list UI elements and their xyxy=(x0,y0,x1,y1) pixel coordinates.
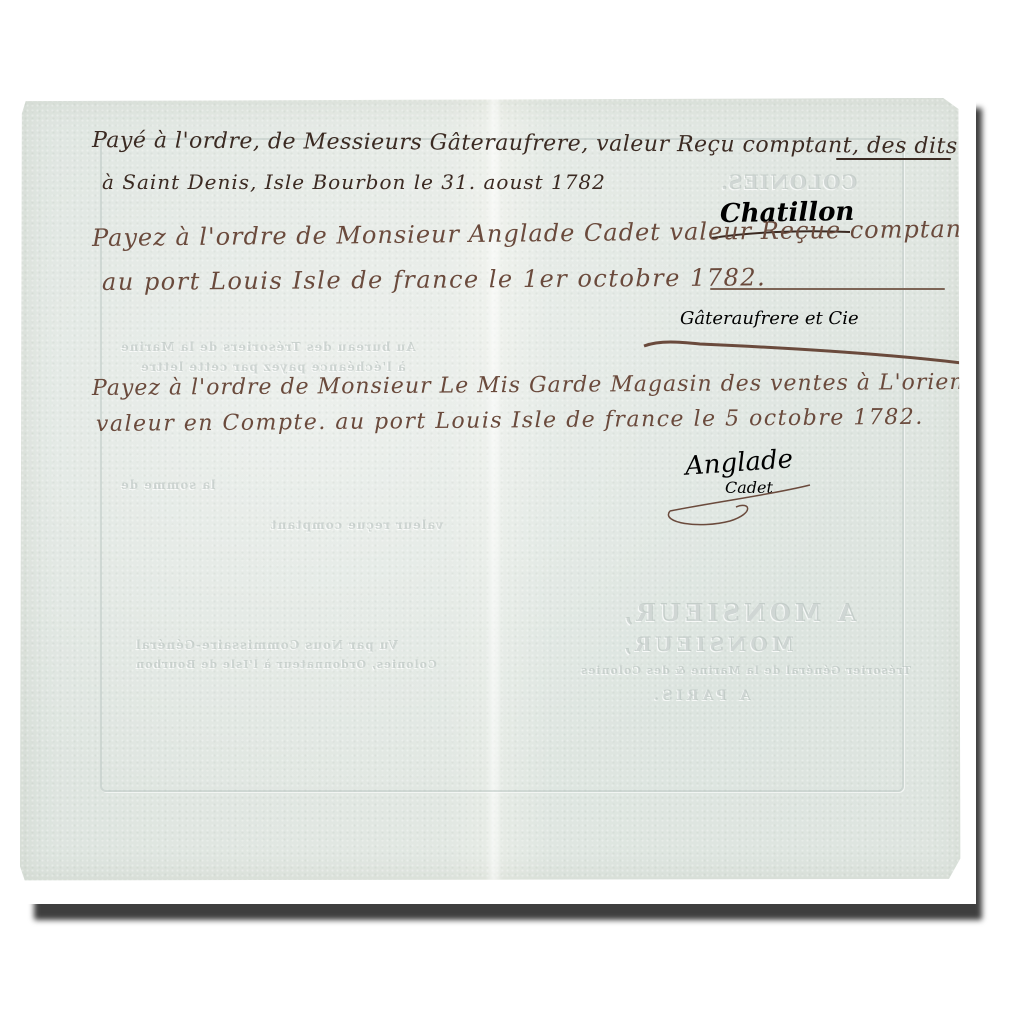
embossed-line-1: Au bureau des Trésoriers de la Marine xyxy=(120,340,415,354)
embossed-addressee-role: Trésorier Général de la Marine & des Col… xyxy=(580,664,911,677)
embossed-header: COLONIES. xyxy=(720,170,857,194)
embossed-addressee-name: MONSIEUR, xyxy=(620,632,794,656)
endorsement-1-line-1-rule xyxy=(836,158,951,160)
embossed-line-4: valeur reçue comptant xyxy=(270,518,443,532)
document-scan: COLONIES. Au bureau des Trésoriers de la… xyxy=(0,0,1024,1024)
embossed-line-2: à l'échéance payez par cette lettre xyxy=(140,360,406,374)
endorsement-2-line-2-rule xyxy=(710,288,945,290)
paper-sheet: COLONIES. Au bureau des Trésoriers de la… xyxy=(20,98,966,882)
endorsement-2-line-2: au port Louis Isle de france le 1er octo… xyxy=(102,263,766,296)
signature-paraph-icon xyxy=(660,483,830,533)
endorsement-1-line-2: à Saint Denis, Isle Bourbon le 31. aoust… xyxy=(102,170,606,194)
embossed-addressee-title: A MONSIEUR, xyxy=(620,598,856,627)
long-dash-flourish-icon xyxy=(640,338,980,368)
embossed-addressee-city: A PARIS. xyxy=(650,688,751,704)
endorsement-2-signature: Gâteraufrere et Cie xyxy=(680,308,859,329)
embossed-visa-2: Colonies, Ordonnateur à l'Isle de Bourbo… xyxy=(135,658,437,671)
embossed-line-3: la somme de xyxy=(120,478,216,492)
embossed-visa-1: Vu par Nous Commissaire-Général xyxy=(135,638,398,652)
